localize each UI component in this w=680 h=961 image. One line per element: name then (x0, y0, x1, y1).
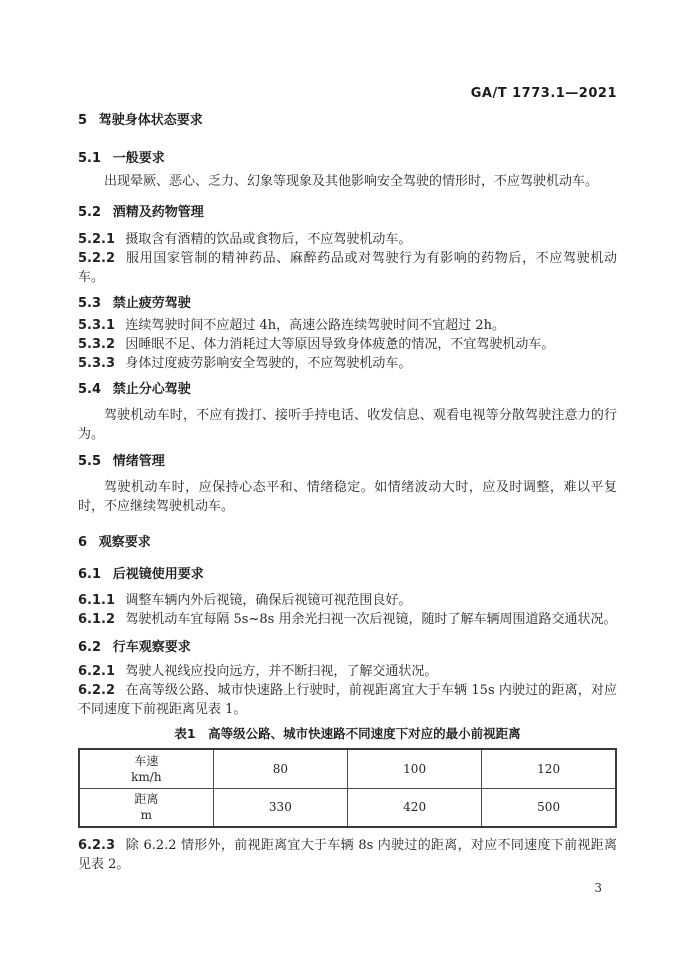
heading-title: 后视镜使用要求 (113, 567, 204, 582)
heading-title: 驾驶身体状态要求 (99, 113, 203, 128)
clause-number: 5.3.1 (78, 318, 115, 333)
clause-text: 在高等级公路、城市快速路上行驶时，前视距离宜大于车辆 15s 内驶过的距离，对应… (78, 683, 617, 717)
heading-6: 6观察要求 (78, 534, 617, 551)
clause-number: 6.2.1 (78, 664, 115, 679)
heading-title: 酒精及药物管理 (113, 205, 204, 220)
doc-number: GA/T 1773.1—2021 (78, 86, 617, 102)
heading-number: 6 (78, 535, 87, 550)
paragraph-5-4: 驾驶机动车时，不应有拨打、接听手持电话、收发信息、观看电视等分散驾驶注意力的行为… (78, 406, 617, 444)
table-row-speed: 车速 km/h 80 100 120 (79, 749, 616, 788)
table-cell: 80 (213, 749, 347, 788)
heading-title: 行车观察要求 (113, 640, 191, 655)
heading-number: 5.3 (78, 296, 101, 311)
table-row-distance: 距离 m 330 420 500 (79, 788, 616, 827)
heading-5-4: 5.4禁止分心驾驶 (78, 381, 617, 398)
document-page: GA/T 1773.1—2021 5驾驶身体状态要求 5.1一般要求 出现晕厥、… (0, 0, 680, 961)
heading-number: 6.1 (78, 567, 101, 582)
page-number: 3 (594, 881, 602, 895)
clause-text: 驾驶机动车宜每隔 5s~8s 用余光扫视一次后视镜，随时了解车辆周围道路交通状况… (125, 612, 616, 627)
clause-text: 调整车辆内外后视镜，确保后视镜可视范围良好。 (125, 593, 411, 608)
paragraph-5-5: 驾驶机动车时，应保持心态平和、情绪稳定。如情绪波动大时，应及时调整，难以平复时，… (78, 478, 617, 516)
heading-number: 6.2 (78, 640, 101, 655)
table1-caption-title: 高等级公路、城市快速路不同速度下对应的最小前视距离 (208, 726, 521, 741)
clause-number: 5.3.2 (78, 337, 115, 352)
heading-number: 5.4 (78, 382, 101, 397)
clause-5-2-2: 5.2.2服用国家管制的精神药品、麻醉药品或对驾驶行为有影响的药物后，不应驾驶机… (78, 249, 617, 287)
clause-5-3-3: 5.3.3身体过度疲劳影响安全驾驶的，不应驾驶机动车。 (78, 354, 617, 373)
row-header-speed: 车速 km/h (79, 749, 213, 788)
table-cell: 330 (213, 788, 347, 827)
heading-number: 5.2 (78, 205, 101, 220)
heading-number: 5 (78, 113, 87, 128)
row-header-unit: km/h (84, 769, 209, 785)
table-cell: 500 (482, 788, 616, 827)
clause-number: 6.1.2 (78, 612, 115, 627)
heading-title: 一般要求 (113, 151, 165, 166)
heading-6-1: 6.1后视镜使用要求 (78, 566, 617, 583)
row-header-label: 车速 (84, 753, 209, 769)
heading-title: 禁止分心驾驶 (113, 382, 191, 397)
clause-number: 5.2.2 (78, 251, 115, 266)
table1: 车速 km/h 80 100 120 距离 m 330 420 500 (78, 748, 617, 828)
clause-6-2-1: 6.2.1驾驶人视线应投向远方，并不断扫视，了解交通状况。 (78, 662, 617, 681)
clause-5-3-2: 5.3.2因睡眠不足、体力消耗过大等原因导致身体疲惫的情况，不宜驾驶机动车。 (78, 335, 617, 354)
clause-6-2-3: 6.2.3除 6.2.2 情形外，前视距离宜大于车辆 8s 内驶过的距离，对应不… (78, 836, 617, 874)
heading-title: 情绪管理 (113, 454, 165, 469)
clause-6-1-2: 6.1.2驾驶机动车宜每隔 5s~8s 用余光扫视一次后视镜，随时了解车辆周围道… (78, 610, 617, 629)
heading-title: 禁止疲劳驾驶 (113, 296, 191, 311)
clause-text: 驾驶人视线应投向远方，并不断扫视，了解交通状况。 (125, 664, 437, 679)
clause-6-2-2: 6.2.2在高等级公路、城市快速路上行驶时，前视距离宜大于车辆 15s 内驶过的… (78, 681, 617, 719)
paragraph-5-1: 出现晕厥、恶心、乏力、幻象等现象及其他影响安全驾驶的情形时，不应驾驶机动车。 (78, 172, 617, 191)
table-cell: 100 (348, 749, 482, 788)
clause-text: 除 6.2.2 情形外，前视距离宜大于车辆 8s 内驶过的距离，对应不同速度下前… (78, 838, 617, 872)
clause-number: 6.1.1 (78, 593, 115, 608)
heading-number: 5.1 (78, 151, 101, 166)
clause-5-2-1: 5.2.1摄取含有酒精的饮品或食物后，不应驾驶机动车。 (78, 230, 617, 249)
clause-number: 5.3.3 (78, 356, 115, 371)
heading-5-2: 5.2酒精及药物管理 (78, 204, 617, 221)
clause-text: 因睡眠不足、体力消耗过大等原因导致身体疲惫的情况，不宜驾驶机动车。 (125, 337, 554, 352)
heading-5-5: 5.5情绪管理 (78, 453, 617, 470)
clause-number: 6.2.2 (78, 683, 115, 698)
clause-text: 连续驾驶时间不应超过 4h，高速公路连续驾驶时间不宜超过 2h。 (125, 318, 505, 333)
clause-text: 摄取含有酒精的饮品或食物后，不应驾驶机动车。 (125, 232, 411, 247)
clause-6-1-1: 6.1.1调整车辆内外后视镜，确保后视镜可视范围良好。 (78, 591, 617, 610)
table1-caption-label: 表1 (174, 726, 195, 741)
clause-5-3-1: 5.3.1连续驾驶时间不应超过 4h，高速公路连续驾驶时间不宜超过 2h。 (78, 316, 617, 335)
clause-text: 服用国家管制的精神药品、麻醉药品或对驾驶行为有影响的药物后，不应驾驶机动车。 (78, 251, 617, 285)
clause-number: 5.2.1 (78, 232, 115, 247)
heading-5-3: 5.3禁止疲劳驾驶 (78, 295, 617, 312)
heading-5: 5驾驶身体状态要求 (78, 112, 617, 129)
heading-5-1: 5.1一般要求 (78, 150, 617, 167)
heading-6-2: 6.2行车观察要求 (78, 639, 617, 656)
row-header-label: 距离 (84, 791, 209, 807)
row-header-unit: m (84, 807, 209, 823)
table-cell: 120 (482, 749, 616, 788)
table1-caption: 表1高等级公路、城市快速路不同速度下对应的最小前视距离 (78, 725, 617, 742)
heading-title: 观察要求 (99, 535, 151, 550)
clause-text: 身体过度疲劳影响安全驾驶的，不应驾驶机动车。 (125, 356, 411, 371)
heading-number: 5.5 (78, 454, 101, 469)
clause-number: 6.2.3 (78, 838, 115, 853)
row-header-distance: 距离 m (79, 788, 213, 827)
table-cell: 420 (348, 788, 482, 827)
